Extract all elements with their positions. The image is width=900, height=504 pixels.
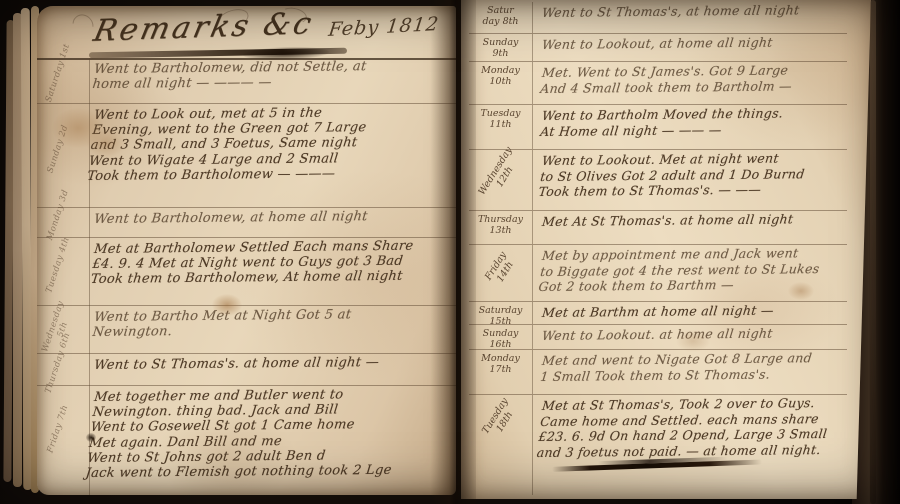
date-cell: Monday 10th [469,62,533,104]
date-cell: Saturday 15th [469,302,533,324]
entry-text: Met at Barthm at home all night — [541,302,843,321]
left-page: Remarks &c Feby 1812 Saturday 1st Sunday… [37,6,456,495]
entry-text: Went to Lookout. at home all night [541,325,843,344]
date-cell: Sunday 9th [469,34,533,61]
entry-text: Met together me and Butler went to Newin… [85,386,447,481]
entry-text: Went to St Thomas's. at home all night — [93,354,446,373]
date-cell: Friday 14th [469,245,533,301]
entry-text: Went to Bartholm Moved the things. At Ho… [540,105,844,139]
left-page-entries: Went to Bartholomew, did not Settle, at … [37,58,456,495]
date-cell: Monday 17th [469,350,533,394]
entry-text: Went to Bartholomew, did not Settle, at … [92,58,447,92]
entry-text: Met by appointment me and Jack went to B… [538,245,844,295]
header-date: Feby 1812 [327,13,440,41]
entry-row: Tuesday 11th Went to Bartholm Moved the … [469,105,847,150]
entry-row: Went to St Thomas's. at home all night — [37,354,456,386]
date-cell: Thursday 13th [469,211,533,244]
entry-text: Met At St Thomas's. at home all night [541,211,843,230]
date-cell: Tuesday 18th [469,395,533,495]
entry-row: Went to Look out, met at 5 in the Evenin… [37,104,456,208]
date-cell: Wednesday 12th [469,150,533,210]
entry-text: Went to St Thomas's, at home all night [541,2,843,21]
entry-row: Monday 17th Met and went to Nigate Got 8… [469,350,847,395]
entry-row: Friday 14th Met by appointment me and Ja… [469,245,847,302]
entry-text: Met. Went to St James's. Got 9 Large And… [540,62,844,96]
entry-row: Saturday 15th Met at Barthm at home all … [469,302,847,325]
right-page: Satur day 8th Went to St Thomas's, at ho… [461,0,871,499]
entry-row: Met together me and Butler went to Newin… [37,386,456,495]
date-cell: Tuesday 11th [469,105,533,149]
entry-row: Sunday 9th Went to Lookout, at home all … [469,34,847,62]
diary-photo: Remarks &c Feby 1812 Saturday 1st Sunday… [0,0,900,504]
entry-row: Tuesday 18th Met at St Thomas's, Took 2 … [469,395,847,495]
entry-row: Went to Bartholomew, did not Settle, at … [37,58,456,104]
entry-row: Went to Bartholomew, at home all night [37,208,456,238]
left-page-header: Remarks &c Feby 1812 [37,6,456,60]
date-cell: Satur day 8th [469,2,533,33]
book-cover-ridge [870,0,876,504]
page-title: Remarks &c [90,6,317,49]
entry-row: Monday 10th Met. Went to St James's. Got… [469,62,847,105]
entry-row: Thursday 13th Met At St Thomas's. at hom… [469,211,847,245]
entry-text: Went to Lookout. Met at night went to St… [538,150,844,200]
entry-text: Went to Bartholomew, at home all night [93,208,446,227]
entry-row: Went to Bartho Met at Night Got 5 at New… [37,306,456,354]
entry-text: Met at Bartholomew Settled Each mans Sha… [90,238,447,287]
entry-row: Sunday 16th Went to Lookout. at home all… [469,325,847,350]
entry-row: Satur day 8th Went to St Thomas's, at ho… [469,2,847,34]
entry-row: Wednesday 12th Went to Lookout. Met at n… [469,150,847,211]
right-page-entries: Satur day 8th Went to St Thomas's, at ho… [469,2,847,495]
date-cell: Sunday 16th [469,325,533,349]
entry-text: Met at St Thomas's, Took 2 over to Guys.… [536,395,843,460]
entry-row: Met at Bartholomew Settled Each mans Sha… [37,238,456,306]
entry-text: Went to Look out, met at 5 in the Evenin… [86,104,446,184]
entry-text: Met and went to Nigate Got 8 Large and 1… [540,350,844,384]
entry-text: Went to Lookout, at home all night [541,34,843,53]
entry-text: Went to Bartho Met at Night Got 5 at New… [92,306,447,340]
